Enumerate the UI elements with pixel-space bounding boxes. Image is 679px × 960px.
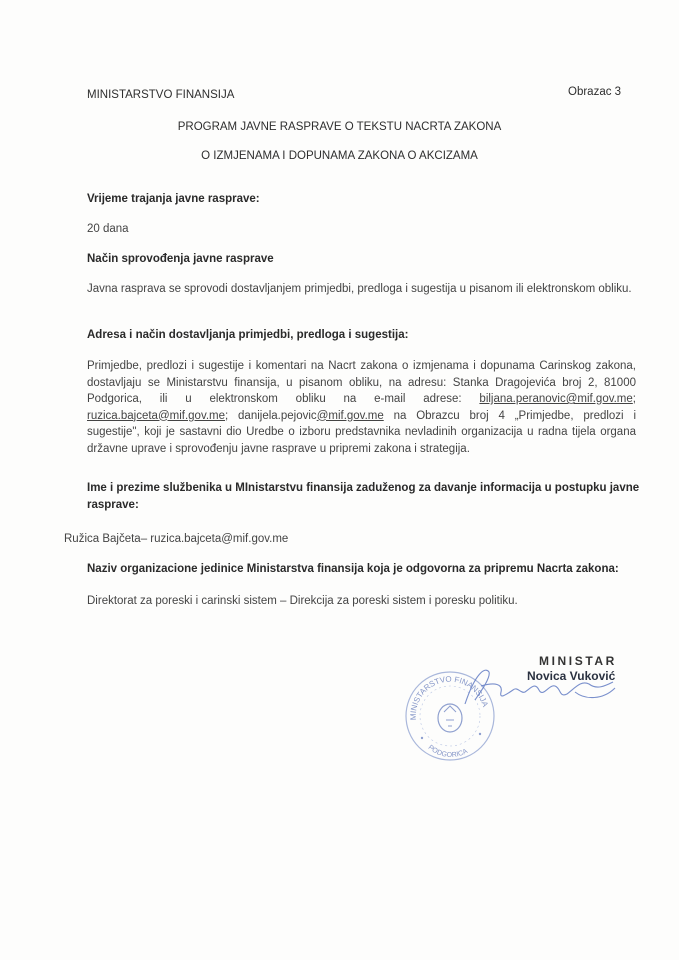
unit-value: Direktorat za poreski i carinski sistem …: [87, 595, 518, 607]
duration-value: 20 dana: [87, 223, 129, 235]
address-heading: Adresa i način dostavljanja primjedbi, p…: [87, 329, 408, 341]
form-label: Obrazac 3: [568, 86, 621, 98]
signatory-name: Novica Vuković: [527, 669, 615, 683]
email-link-peranovic[interactable]: biljana.peranovic@mif.gov.me: [479, 393, 632, 405]
address-text: Primjedbe, predlozi i sugestije i koment…: [87, 358, 636, 457]
method-heading: Način sprovođenja javne rasprave: [87, 253, 274, 265]
ministry-header: MINISTARSTVO FINANSIJA: [87, 89, 234, 101]
document-title-line1: PROGRAM JAVNE RASPRAVE O TEKSTU NACRTA Z…: [0, 121, 679, 133]
document-title-line2: O IZMJENAMA I DOPUNAMA ZAKONA O AKCIZAMA: [0, 150, 679, 162]
signatory-title: MINISTAR: [539, 654, 617, 668]
method-text: Javna rasprava se sprovodi dostavljanjem…: [87, 281, 636, 298]
email-link-bajceta[interactable]: ruzica.bajceta@mif.gov.me: [87, 410, 225, 422]
contact-value: Ružica Bajčeta– ruzica.bajceta@mif.gov.m…: [64, 533, 288, 545]
email-link-pejovic-domain[interactable]: @mif.gov.me: [317, 410, 384, 422]
email-pejovic-local: ; danijela.pejovic: [225, 410, 317, 422]
contact-heading: Ime i prezime službenika u MInistarstvu …: [87, 480, 642, 513]
separator: ;: [633, 393, 636, 405]
duration-heading: Vrijeme trajanja javne rasprave:: [87, 193, 260, 205]
unit-heading: Naziv organizacione jedinice Ministarstv…: [87, 563, 619, 575]
